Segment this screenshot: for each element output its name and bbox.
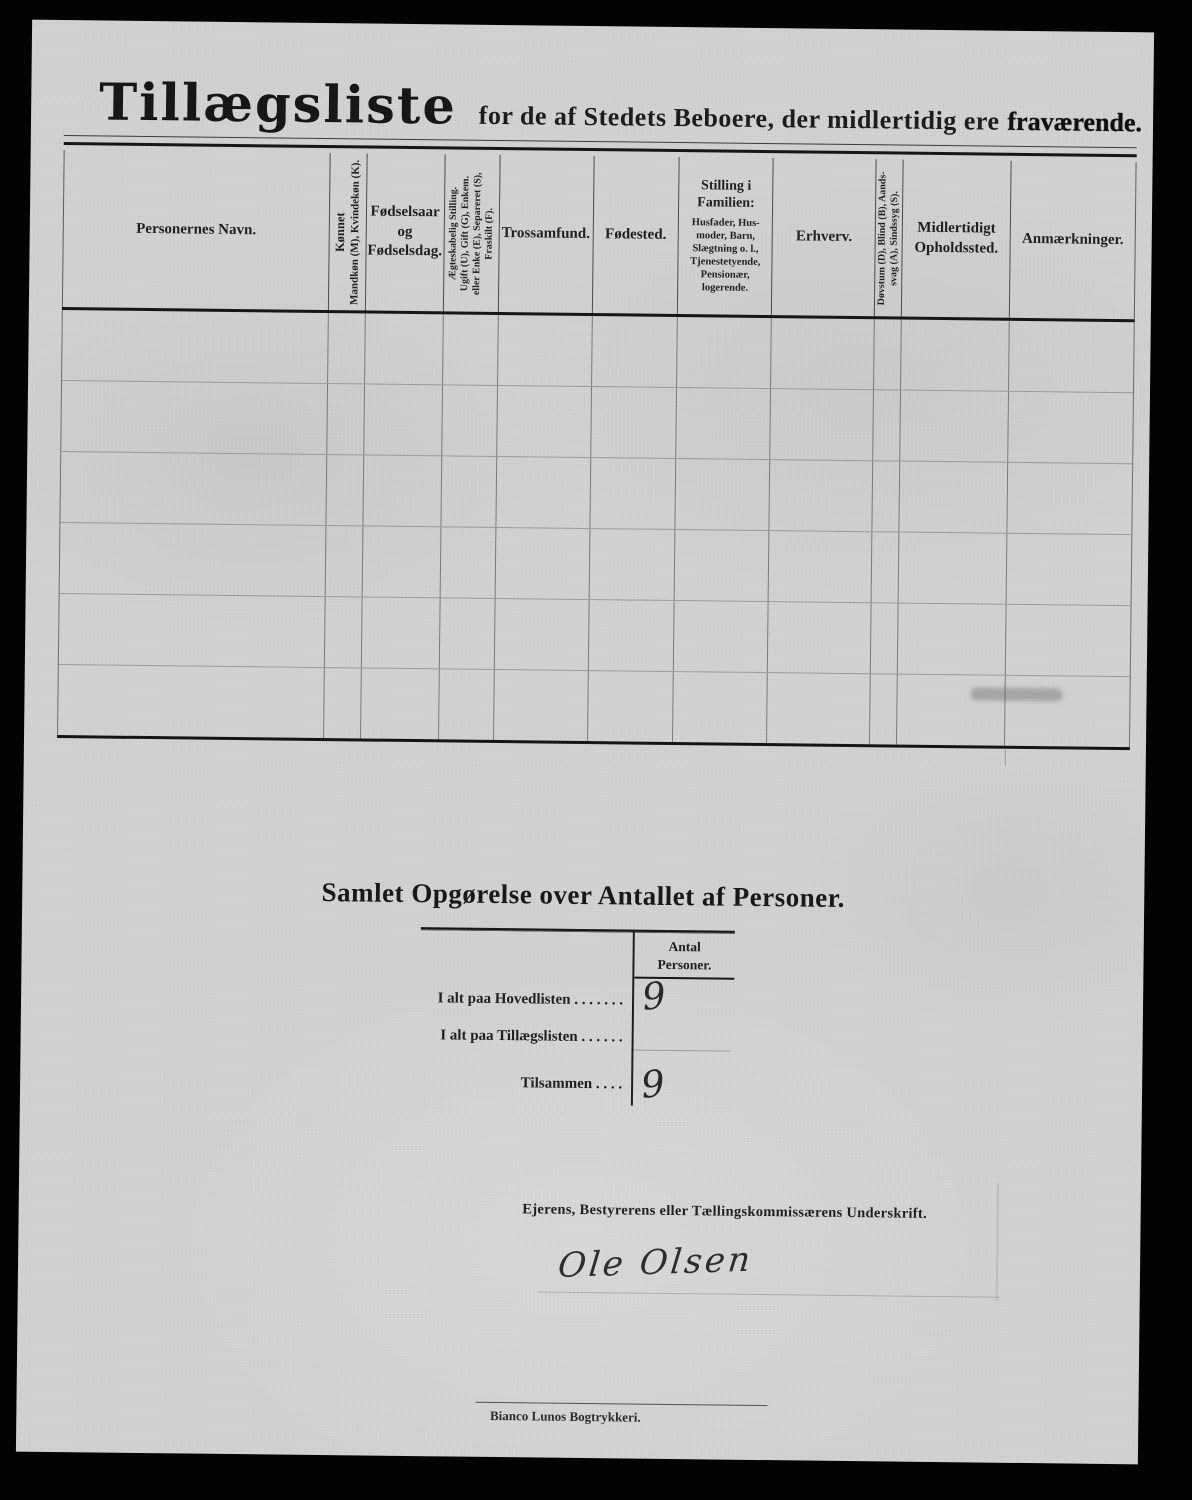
- table-cell: [1007, 534, 1132, 605]
- table-cell: [771, 318, 875, 389]
- signature-line: [538, 1291, 1000, 1297]
- table-cell: [770, 460, 874, 531]
- handwritten-count-hovedlisten: 9: [640, 974, 667, 1019]
- table-row: [60, 523, 1132, 606]
- table-cell: [497, 386, 592, 457]
- table-row: [60, 452, 1132, 535]
- table-cell: [324, 668, 362, 738]
- table-row: [61, 381, 1133, 464]
- table-cell: [589, 529, 676, 600]
- summary-row-hovedlisten: I alt paa Hovedlisten . . . . . . .: [301, 989, 623, 1010]
- table-cell: [364, 384, 443, 455]
- table-cell: [325, 597, 363, 667]
- table-cell: [363, 455, 442, 526]
- scan-artifact-line: [996, 1183, 999, 1301]
- table-cell: [1006, 605, 1131, 676]
- title-main: Tillægsliste: [99, 72, 457, 136]
- table-cell: [673, 672, 768, 743]
- signature-handwriting: Ole Olsen: [556, 1240, 755, 1286]
- scanned-document: Tillægsliste for de af Stedets Beboere, …: [0, 0, 1192, 1500]
- table-cell: [362, 597, 441, 668]
- table-cell: [870, 674, 898, 744]
- summary-row-tillaegslisten: I alt paa Tillægslisten . . . . . .: [301, 1026, 623, 1047]
- table-cell: [901, 320, 1010, 391]
- col-header-birth: Fødselsaar og Fødselsdag.: [366, 153, 446, 311]
- table-cell: [494, 599, 589, 670]
- col-header-occupation: Erhverv.: [772, 158, 877, 316]
- table-cell: [439, 669, 495, 740]
- table-cell: [900, 391, 1009, 462]
- table-cell: [592, 316, 679, 387]
- table-cell: [325, 526, 363, 596]
- col-header-family-position: Stilling i Familien: Husfader, Hus- mode…: [678, 157, 774, 315]
- table-cell: [1009, 321, 1134, 392]
- col-header-sex: Kønnet Mandkøn (M), Kvindekøn (K).: [329, 153, 368, 310]
- table-cell: [897, 675, 1006, 746]
- table-row: [59, 594, 1131, 677]
- scan-artifact-line: [1005, 750, 1006, 766]
- title-subtitle: for de af Stedets Beboere, der midlertid…: [479, 101, 1000, 137]
- col-header-marital: Ægteskabelig Stilling. Ugift (U), Gift (…: [444, 154, 501, 312]
- col-header-remarks: Anmærkninger.: [1010, 161, 1136, 319]
- page-title: Tillægsliste for de af Stedets Beboere, …: [99, 72, 1110, 143]
- table-cell: [674, 601, 769, 672]
- table-cell: [327, 384, 365, 454]
- table-cell: [442, 385, 498, 456]
- table-cell: [899, 533, 1008, 604]
- table-cell: [62, 310, 329, 383]
- table-cell: [873, 461, 901, 531]
- table-cell: [60, 523, 327, 596]
- table-cell: [874, 319, 902, 389]
- table-body: [57, 310, 1135, 747]
- table-cell: [898, 604, 1007, 675]
- table-cell: [873, 390, 901, 460]
- table-cell: [872, 532, 900, 602]
- table-cell: [771, 389, 875, 460]
- table-cell: [439, 598, 495, 669]
- table-cell: [60, 452, 327, 525]
- summary-mid-rule: [634, 1050, 731, 1052]
- faint-pencil-smudge: [970, 687, 1062, 701]
- col-header-faith: Trossamfund.: [498, 155, 594, 313]
- table-row: [62, 310, 1134, 393]
- summary-count-header: Antal Personer.: [634, 938, 734, 974]
- table-cell: [1008, 392, 1133, 463]
- table-cell: [328, 313, 366, 383]
- summary-title: Samlet Opgørelse over Antallet af Person…: [22, 874, 1144, 918]
- table-cell: [443, 314, 499, 385]
- table-cell: [441, 456, 497, 527]
- table-cell: [59, 594, 326, 667]
- signature-label: Ejerens, Bestyrerens eller Tællingskommi…: [475, 1201, 975, 1224]
- table-cell: [677, 317, 772, 388]
- table-cell: [58, 665, 325, 738]
- col-header-birthplace: Fødested.: [592, 156, 680, 314]
- printer-rule: [475, 1402, 767, 1406]
- table-row: [58, 665, 1130, 747]
- table-cell: [768, 602, 872, 673]
- table-cell: [61, 381, 328, 454]
- summary-top-rule: [421, 927, 735, 934]
- table-cell: [588, 671, 675, 742]
- census-table: Personernes Navn. Kønnet Mandkøn (M), Kv…: [57, 150, 1137, 750]
- table-header-row: Personernes Navn. Kønnet Mandkøn (M), Kv…: [62, 150, 1137, 319]
- table-cell: [326, 455, 364, 525]
- table-cell: [1005, 676, 1130, 747]
- table-cell: [495, 528, 590, 599]
- col-header-temporary-residence: Midlertidigt Opholdssted.: [902, 160, 1012, 318]
- document-page: Tillægsliste for de af Stedets Beboere, …: [16, 20, 1154, 1465]
- table-cell: [900, 462, 1009, 533]
- col-header-disability: Døvstum (D), Blind (B), Aands- svag (A),…: [875, 159, 904, 316]
- col-header-name: Personernes Navn.: [63, 150, 331, 310]
- table-cell: [1008, 463, 1133, 534]
- table-cell: [676, 459, 771, 530]
- table-cell: [769, 531, 873, 602]
- table-cell: [675, 530, 770, 601]
- table-cell: [361, 668, 440, 739]
- table-cell: [440, 527, 496, 598]
- table-cell: [362, 526, 441, 597]
- table-cell: [496, 457, 591, 528]
- title-emphasis: fraværende.: [1007, 107, 1142, 139]
- table-cell: [590, 458, 677, 529]
- table-cell: [498, 315, 593, 386]
- table-cell: [494, 670, 589, 741]
- table-cell: [591, 387, 678, 458]
- table-cell: [677, 388, 772, 459]
- printer-credit: Bianco Lunos Bogtrykkeri.: [415, 1407, 715, 1426]
- table-cell: [588, 600, 675, 671]
- table-cell: [365, 313, 444, 384]
- table-cell: [871, 603, 899, 673]
- table-cell: [767, 673, 871, 744]
- handwritten-count-tilsammen: 9: [639, 1062, 666, 1107]
- summary-row-tilsammen: Tilsammen . . . .: [300, 1073, 622, 1094]
